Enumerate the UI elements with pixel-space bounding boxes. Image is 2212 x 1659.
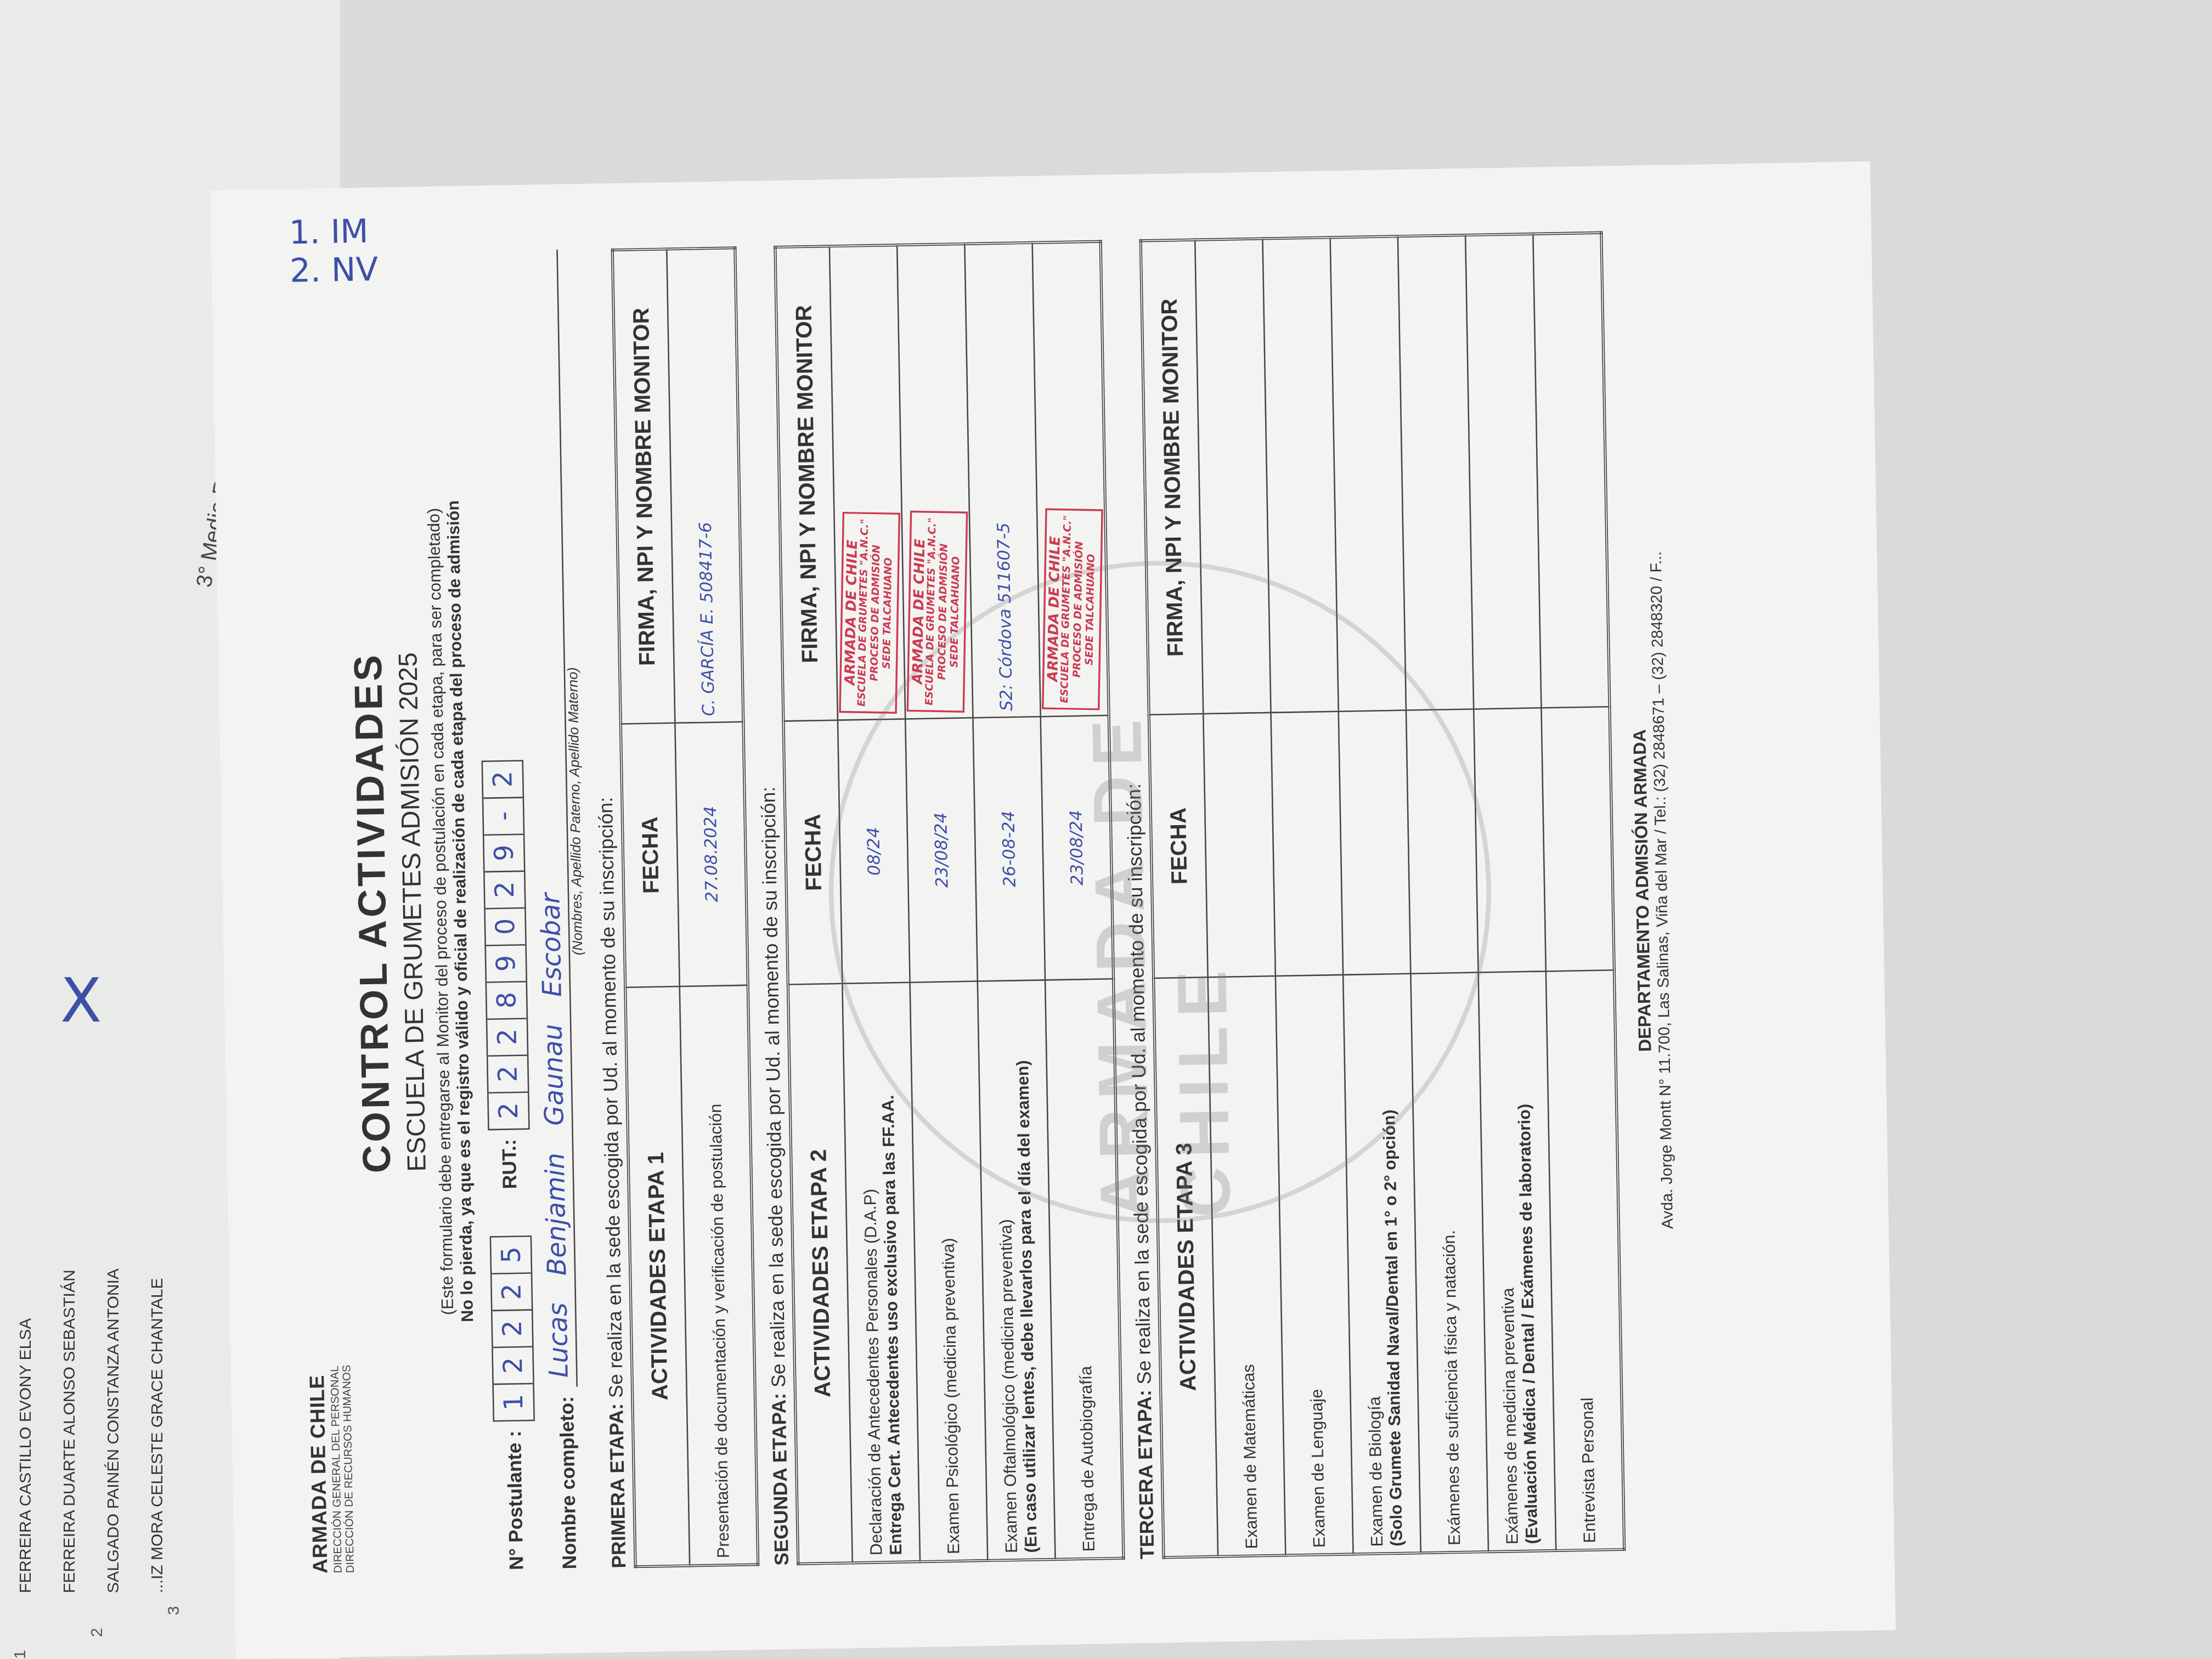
date-cell[interactable]: 23/08/24 <box>905 718 978 983</box>
name-label: Nombre completo: <box>555 1396 580 1570</box>
stage3-table: ACTIVIDADES ETAPA 3FECHAFIRMA, NPI Y NOM… <box>1139 232 1626 1559</box>
stage1-table: ACTIVIDADES ETAPA 1FECHAFIRMA, NPI Y NOM… <box>611 246 760 1568</box>
rut-digit[interactable]: 2 <box>489 1091 529 1128</box>
activity-cell: Examen de Lenguaje <box>1276 975 1353 1555</box>
column-header: FECHA <box>783 720 842 985</box>
postulante-label: N° Postulante : <box>503 1430 528 1570</box>
postulante-digit[interactable]: 2 <box>493 1309 533 1346</box>
rut-digit[interactable]: 0 <box>486 907 526 944</box>
column-header: FIRMA, NPI Y NOMBRE MONITOR <box>1141 240 1203 715</box>
rut-digit[interactable]: 2 <box>483 761 523 797</box>
activity-cell: Declaración de Antecedentes Personales (… <box>842 983 920 1563</box>
column-header: FECHA <box>1149 714 1207 978</box>
activity-cell: Examen Psicológico (medicina preventiva) <box>910 981 988 1562</box>
control-actividades-form: ARMADA DE CHILE ARMADA DE CHILE DIRECCIÓ… <box>210 161 1895 1659</box>
official-stamp: ARMADA DE CHILEESCUELA DE GRUMETES "A.N.… <box>839 512 900 714</box>
signature-cell[interactable] <box>1533 233 1610 708</box>
postulante-digit[interactable]: 2 <box>493 1346 533 1383</box>
signature-cell[interactable]: ARMADA DE CHILEESCUELA DE GRUMETES "A.N.… <box>897 244 973 719</box>
date-cell[interactable]: 23/08/24 <box>1041 715 1114 980</box>
column-header: ACTIVIDADES ETAPA 2 <box>788 984 852 1564</box>
line-number: 2 <box>88 1628 106 1637</box>
line-number: 1 <box>11 1650 30 1659</box>
column-header: FIRMA, NPI Y NOMBRE MONITOR <box>775 246 838 721</box>
signature-cell[interactable]: S2: Córdova 511607-5 <box>964 242 1040 718</box>
signature-cell[interactable] <box>1195 239 1271 714</box>
postulante-digit[interactable]: 2 <box>492 1272 532 1310</box>
postulante-digit[interactable]: 1 <box>494 1383 534 1420</box>
activity-cell: Examen Oftalmológico (medicina preventiv… <box>978 980 1056 1560</box>
postulante-digit[interactable]: 5 <box>491 1237 531 1273</box>
rut-field[interactable]: 22289029-2 <box>481 760 529 1130</box>
date-cell[interactable] <box>1271 712 1344 976</box>
line-number: 3 <box>165 1606 183 1615</box>
rut-digit[interactable]: 2 <box>487 1018 527 1055</box>
official-stamp: ARMADA DE CHILEESCUELA DE GRUMETES "A.N.… <box>907 511 968 713</box>
date-cell[interactable]: 08/24 <box>838 719 910 984</box>
signature-cell[interactable]: ARMADA DE CHILEESCUELA DE GRUMETES "A.N.… <box>830 245 905 720</box>
name-value: Lucas Benjamin Gaunau Escobar <box>535 893 574 1378</box>
list-item: FERREIRA DUARTE ALONSO SEBASTIÁN <box>60 1269 79 1593</box>
date-cell[interactable] <box>1203 713 1276 977</box>
rut-digit[interactable]: 2 <box>488 1054 528 1092</box>
handwritten-options: 1. IM 2. NV <box>289 212 378 290</box>
rut-digit[interactable]: 9 <box>484 833 524 871</box>
column-header: ACTIVIDADES ETAPA 1 <box>625 986 690 1567</box>
signature-cell[interactable]: C. GARCÍA E. 508417-6 <box>667 248 743 723</box>
footer: DEPARTAMENTO ADMISIÓN ARMADA Avda. Jorge… <box>1621 230 1683 1550</box>
activity-cell: Entrega de Autobiografía <box>1045 979 1124 1559</box>
list-item: FERREIRA CASTILLO EVONY ELSA <box>16 1318 35 1593</box>
activity-cell: Entrevista Personal <box>1546 970 1624 1550</box>
list-item: ...IZ MORA CELESTE GRACE CHANTALE <box>148 1278 167 1593</box>
rut-digit[interactable]: 2 <box>485 870 525 907</box>
stage2-table: ACTIVIDADES ETAPA 2FECHAFIRMA, NPI Y NOM… <box>774 240 1125 1566</box>
date-cell[interactable]: 26-08-24 <box>973 716 1045 981</box>
activity-cell: Exámenes de suficiencia física y natació… <box>1410 973 1488 1553</box>
activity-cell: Examen de Matemáticas <box>1208 976 1286 1556</box>
rut-label: RUT.: <box>498 1139 521 1189</box>
column-header: FIRMA, NPI Y NOMBRE MONITOR <box>612 249 675 724</box>
official-stamp: ARMADA DE CHILEESCUELA DE GRUMETES "A.N.… <box>1042 509 1103 710</box>
rut-digit[interactable]: 8 <box>487 981 527 1018</box>
activity-cell: Presentación de documentación y verifica… <box>680 985 758 1566</box>
date-cell[interactable]: 27.08.2024 <box>675 722 748 986</box>
date-cell[interactable] <box>1339 710 1411 975</box>
list-item: SALGADO PAINÉN CONSTANZA ANTONIA <box>104 1268 123 1593</box>
column-header: ACTIVIDADES ETAPA 3 <box>1154 977 1218 1558</box>
signature-cell[interactable] <box>1398 235 1474 710</box>
activity-cell: Examen de Biología (Solo Grumete Sanidad… <box>1343 974 1421 1554</box>
date-cell[interactable] <box>1474 708 1546 972</box>
activity-cell: Exámenes de medicina preventiva(Evaluaci… <box>1479 971 1556 1551</box>
rut-digit[interactable]: - <box>483 797 523 834</box>
signature-cell[interactable] <box>1262 238 1338 713</box>
signature-cell[interactable] <box>1330 236 1406 712</box>
date-cell[interactable] <box>1541 707 1614 971</box>
postulante-number-field[interactable]: 12225 <box>490 1235 535 1422</box>
date-cell[interactable] <box>1406 709 1479 974</box>
signature-cell[interactable]: ARMADA DE CHILEESCUELA DE GRUMETES "A.N.… <box>1032 241 1109 716</box>
x-mark-icon: X <box>60 966 101 1036</box>
signature-cell[interactable] <box>1465 234 1541 709</box>
rut-digit[interactable]: 9 <box>486 944 526 981</box>
column-header: FECHA <box>620 723 679 988</box>
